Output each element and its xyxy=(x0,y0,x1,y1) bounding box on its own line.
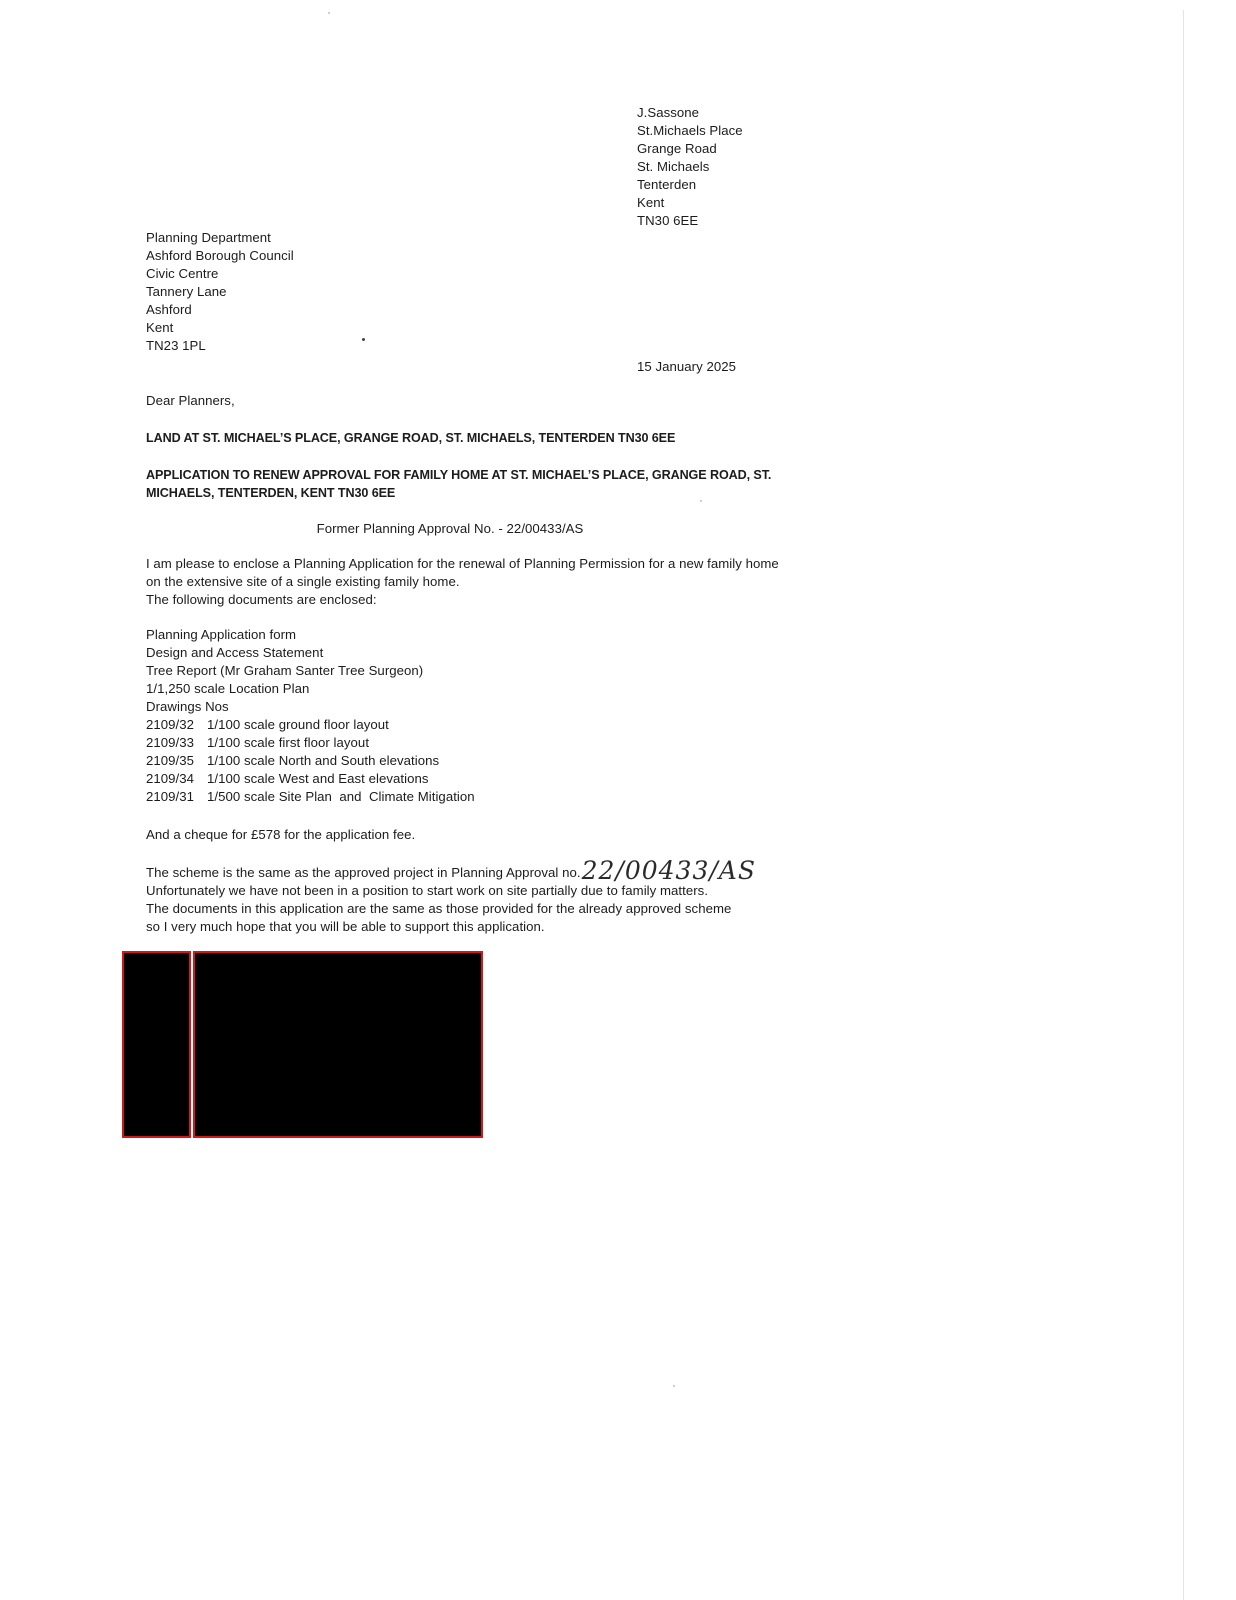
document-item: Tree Report (Mr Graham Santer Tree Surge… xyxy=(146,662,423,680)
document-item: 1/1,250 scale Location Plan xyxy=(146,680,423,698)
scan-speck xyxy=(328,12,330,14)
salutation: Dear Planners, xyxy=(146,392,235,410)
intro-paragraph: I am please to enclose a Planning Applic… xyxy=(146,555,786,609)
sender-line: Tenterden xyxy=(637,176,743,194)
enclosed-documents-list: Planning Application form Design and Acc… xyxy=(146,626,423,716)
drawing-description: 1/100 scale North and South elevations xyxy=(207,752,439,770)
drawing-number: 2109/31 xyxy=(146,788,207,806)
drawing-description: 1/100 scale West and East elevations xyxy=(207,770,428,788)
recipient-address: Planning Department Ashford Borough Coun… xyxy=(146,229,294,355)
former-approval-line: Former Planning Approval No. - 22/00433/… xyxy=(0,520,900,538)
drawing-description: 1/100 scale ground floor layout xyxy=(207,716,389,734)
sender-line: St.Michaels Place xyxy=(637,122,743,140)
document-item: Design and Access Statement xyxy=(146,644,423,662)
drawing-number: 2109/33 xyxy=(146,734,207,752)
letter-date: 15 January 2025 xyxy=(637,358,736,376)
recipient-line: Ashford Borough Council xyxy=(146,247,294,265)
sender-line: Grange Road xyxy=(637,140,743,158)
drawing-description: 1/500 scale Site Plan and Climate Mitiga… xyxy=(207,788,475,806)
drawing-row: 2109/31 1/500 scale Site Plan and Climat… xyxy=(146,788,475,806)
recipient-line: Ashford xyxy=(146,301,294,319)
recipient-line: Civic Centre xyxy=(146,265,294,283)
recipient-line: Kent xyxy=(146,319,294,337)
sender-line: St. Michaels xyxy=(637,158,743,176)
drawing-row: 2109/33 1/100 scale first floor layout xyxy=(146,734,475,752)
document-item: Planning Application form xyxy=(146,626,423,644)
scan-speck xyxy=(362,338,365,341)
subject-land: LAND AT ST. MICHAEL’S PLACE, GRANGE ROAD… xyxy=(146,429,675,447)
drawing-number: 2109/34 xyxy=(146,770,207,788)
recipient-line: Planning Department xyxy=(146,229,294,247)
sender-line: Kent xyxy=(637,194,743,212)
drawing-number: 2109/35 xyxy=(146,752,207,770)
recipient-line: Tannery Lane xyxy=(146,283,294,301)
signature-redaction-right xyxy=(193,951,483,1138)
document-item: Drawings Nos xyxy=(146,698,423,716)
handwritten-approval-ref: 22/00433/AS xyxy=(582,856,756,885)
recipient-line: TN23 1PL xyxy=(146,337,294,355)
drawing-description: 1/100 scale first floor layout xyxy=(207,734,369,752)
fee-line: And a cheque for £578 for the applicatio… xyxy=(146,826,415,844)
sender-line: TN30 6EE xyxy=(637,212,743,230)
sender-address: J.Sassone St.Michaels Place Grange Road … xyxy=(637,104,743,230)
subject-application: APPLICATION TO RENEW APPROVAL FOR FAMILY… xyxy=(146,466,786,502)
scheme-prefix: The scheme is the same as the approved p… xyxy=(146,865,581,880)
page-edge-line xyxy=(1183,10,1184,1600)
drawing-row: 2109/35 1/100 scale North and South elev… xyxy=(146,752,475,770)
closing-line: so I very much hope that you will be abl… xyxy=(146,918,806,936)
drawing-number: 2109/32 xyxy=(146,716,207,734)
former-approval-text: Former Planning Approval No. - 22/00433/… xyxy=(317,521,584,536)
scheme-line: The scheme is the same as the approved p… xyxy=(146,860,806,882)
intro-text: I am please to enclose a Planning Applic… xyxy=(146,555,786,591)
drawings-list: 2109/32 1/100 scale ground floor layout … xyxy=(146,716,475,806)
drawing-row: 2109/32 1/100 scale ground floor layout xyxy=(146,716,475,734)
drawing-row: 2109/34 1/100 scale West and East elevat… xyxy=(146,770,475,788)
closing-paragraph: The scheme is the same as the approved p… xyxy=(146,860,806,936)
documents-lead: The following documents are enclosed: xyxy=(146,591,786,609)
sender-line: J.Sassone xyxy=(637,104,743,122)
scan-speck xyxy=(673,1385,675,1387)
closing-line: The documents in this application are th… xyxy=(146,900,806,918)
signature-redaction-left xyxy=(122,951,191,1138)
